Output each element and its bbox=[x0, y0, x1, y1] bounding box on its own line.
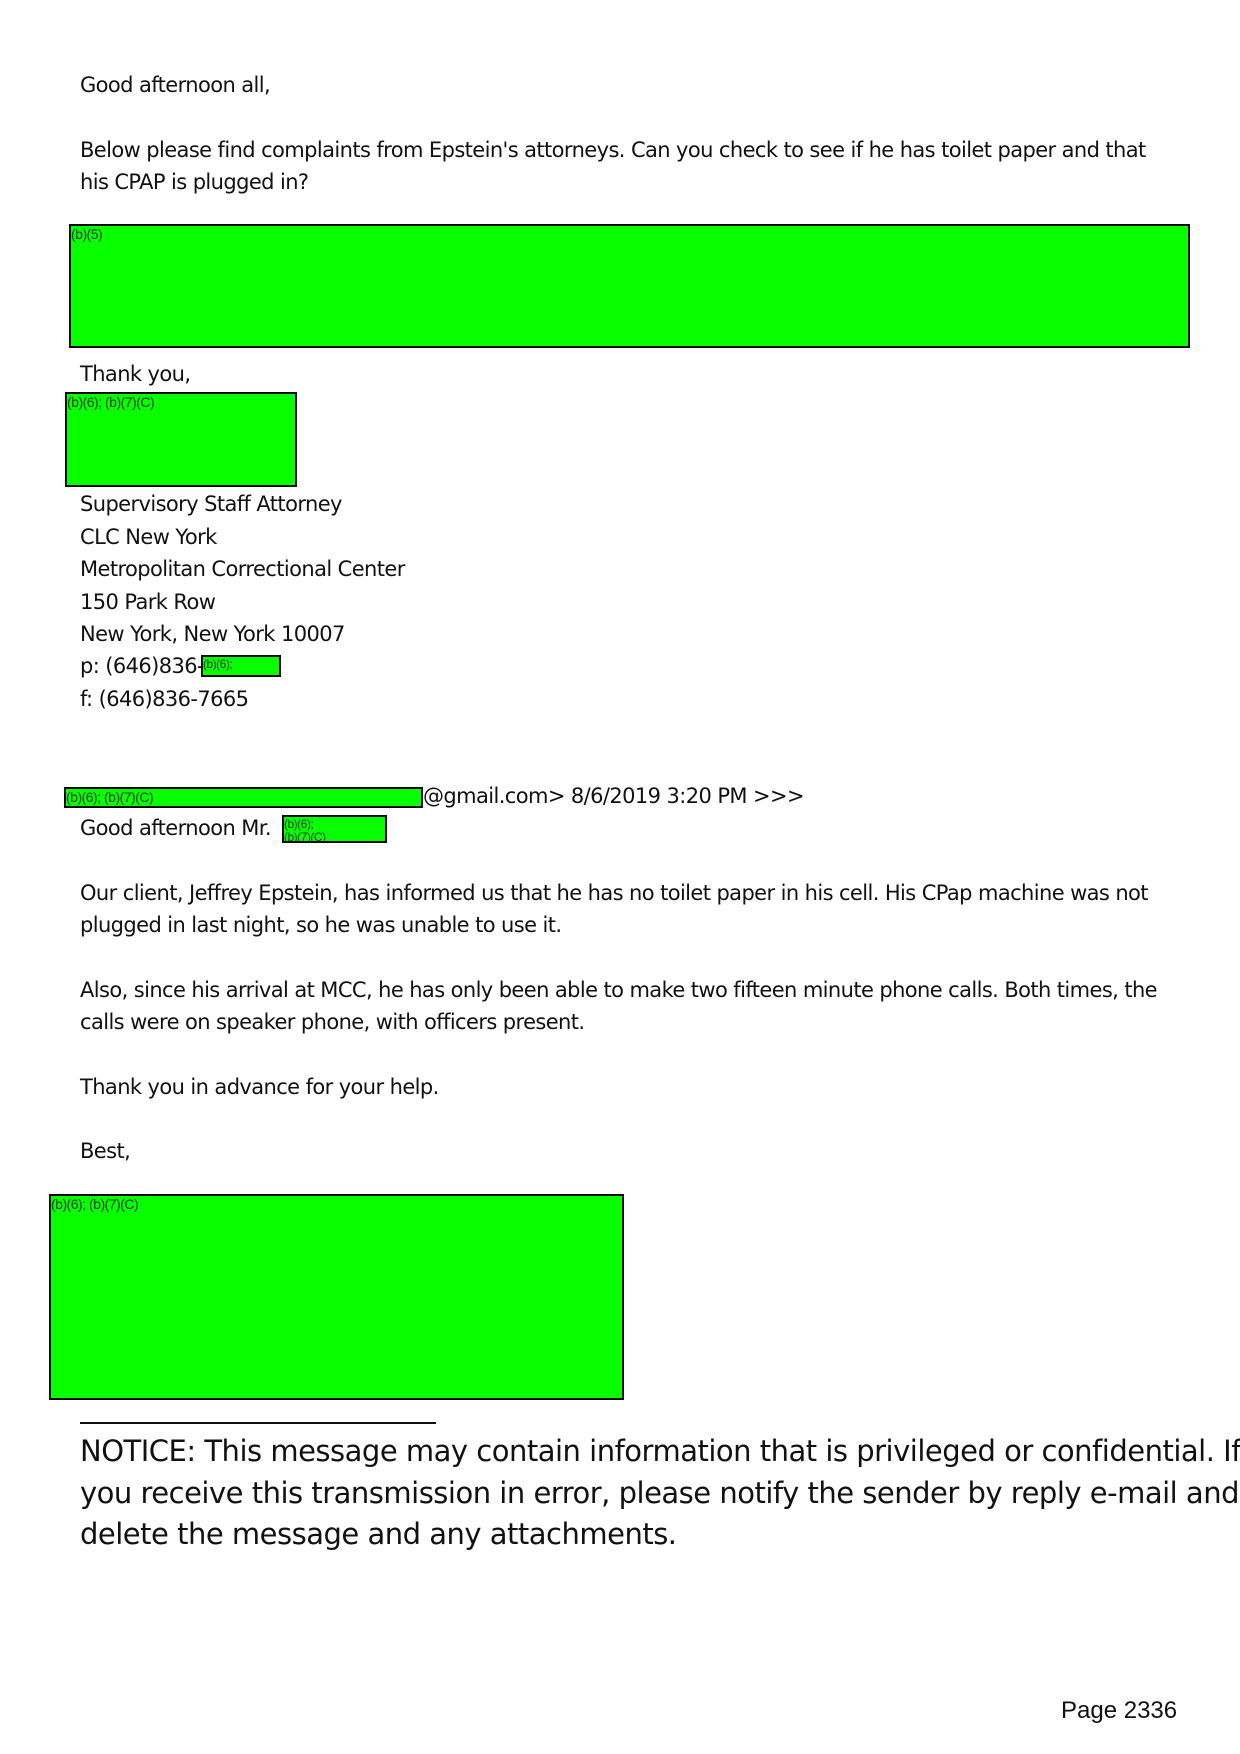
signature-phone: p: (646)836- bbox=[80, 656, 204, 677]
signature-fax: f: (646)836-7665 bbox=[80, 689, 248, 710]
notice-line-2: you receive this transmission in error, … bbox=[80, 1479, 1239, 1508]
signature-title: Supervisory Staff Attorney bbox=[80, 494, 342, 515]
quoted-header-from: @gmail.com> 8/6/2019 3:20 PM >>> bbox=[423, 786, 804, 807]
signature-street: 150 Park Row bbox=[80, 592, 215, 613]
redaction-label: (b)(6); bbox=[203, 658, 232, 671]
original-para2-line1: Also, since his arrival at MCC, he has o… bbox=[80, 980, 1157, 1001]
original-para2-line2: calls were on speaker phone, with office… bbox=[80, 1012, 584, 1033]
redaction-label: (b)(6); (b)(7)(C) bbox=[66, 790, 153, 805]
page-number: Page 2336 bbox=[1061, 1697, 1177, 1725]
redaction-label: (b)(7)(C) bbox=[284, 831, 326, 843]
reply-body-line-1: Below please find complaints from Epstei… bbox=[80, 140, 1146, 161]
reply-closing: Thank you, bbox=[80, 364, 190, 385]
signature-office: CLC New York bbox=[80, 527, 217, 548]
redaction-label: (b)(6); bbox=[284, 818, 313, 831]
original-para1-line2: plugged in last night, so he was unable … bbox=[80, 915, 561, 936]
notice-line-1: NOTICE: This message may contain informa… bbox=[80, 1437, 1240, 1466]
notice-separator bbox=[80, 1422, 436, 1424]
redaction-b5-block: (b)(5) bbox=[69, 224, 1190, 348]
redaction-phone-extension: (b)(6); bbox=[201, 655, 281, 677]
redaction-label: (b)(6); (b)(7)(C) bbox=[67, 395, 154, 410]
original-greeting: Good afternoon Mr. bbox=[80, 818, 271, 839]
signature-institution: Metropolitan Correctional Center bbox=[80, 559, 405, 580]
redaction-sender-signature: (b)(6); (b)(7)(C) bbox=[49, 1194, 624, 1400]
original-closing: Best, bbox=[80, 1141, 130, 1162]
redaction-from-address: (b)(6); (b)(7)(C) bbox=[64, 787, 423, 808]
notice-line-3: delete the message and any attachments. bbox=[80, 1520, 677, 1549]
redaction-recipient-name: (b)(6); (b)(7)(C) bbox=[282, 815, 387, 843]
reply-body-line-2: his CPAP is plugged in? bbox=[80, 172, 308, 193]
original-para1-line1: Our client, Jeffrey Epstein, has informe… bbox=[80, 883, 1148, 904]
original-thanks: Thank you in advance for your help. bbox=[80, 1077, 439, 1098]
redaction-label: (b)(6); (b)(7)(C) bbox=[51, 1197, 138, 1212]
redaction-label: (b)(5) bbox=[71, 227, 102, 242]
redaction-signature-name: (b)(6); (b)(7)(C) bbox=[65, 392, 297, 487]
signature-city-state-zip: New York, New York 10007 bbox=[80, 624, 345, 645]
reply-greeting: Good afternoon all, bbox=[80, 75, 270, 96]
